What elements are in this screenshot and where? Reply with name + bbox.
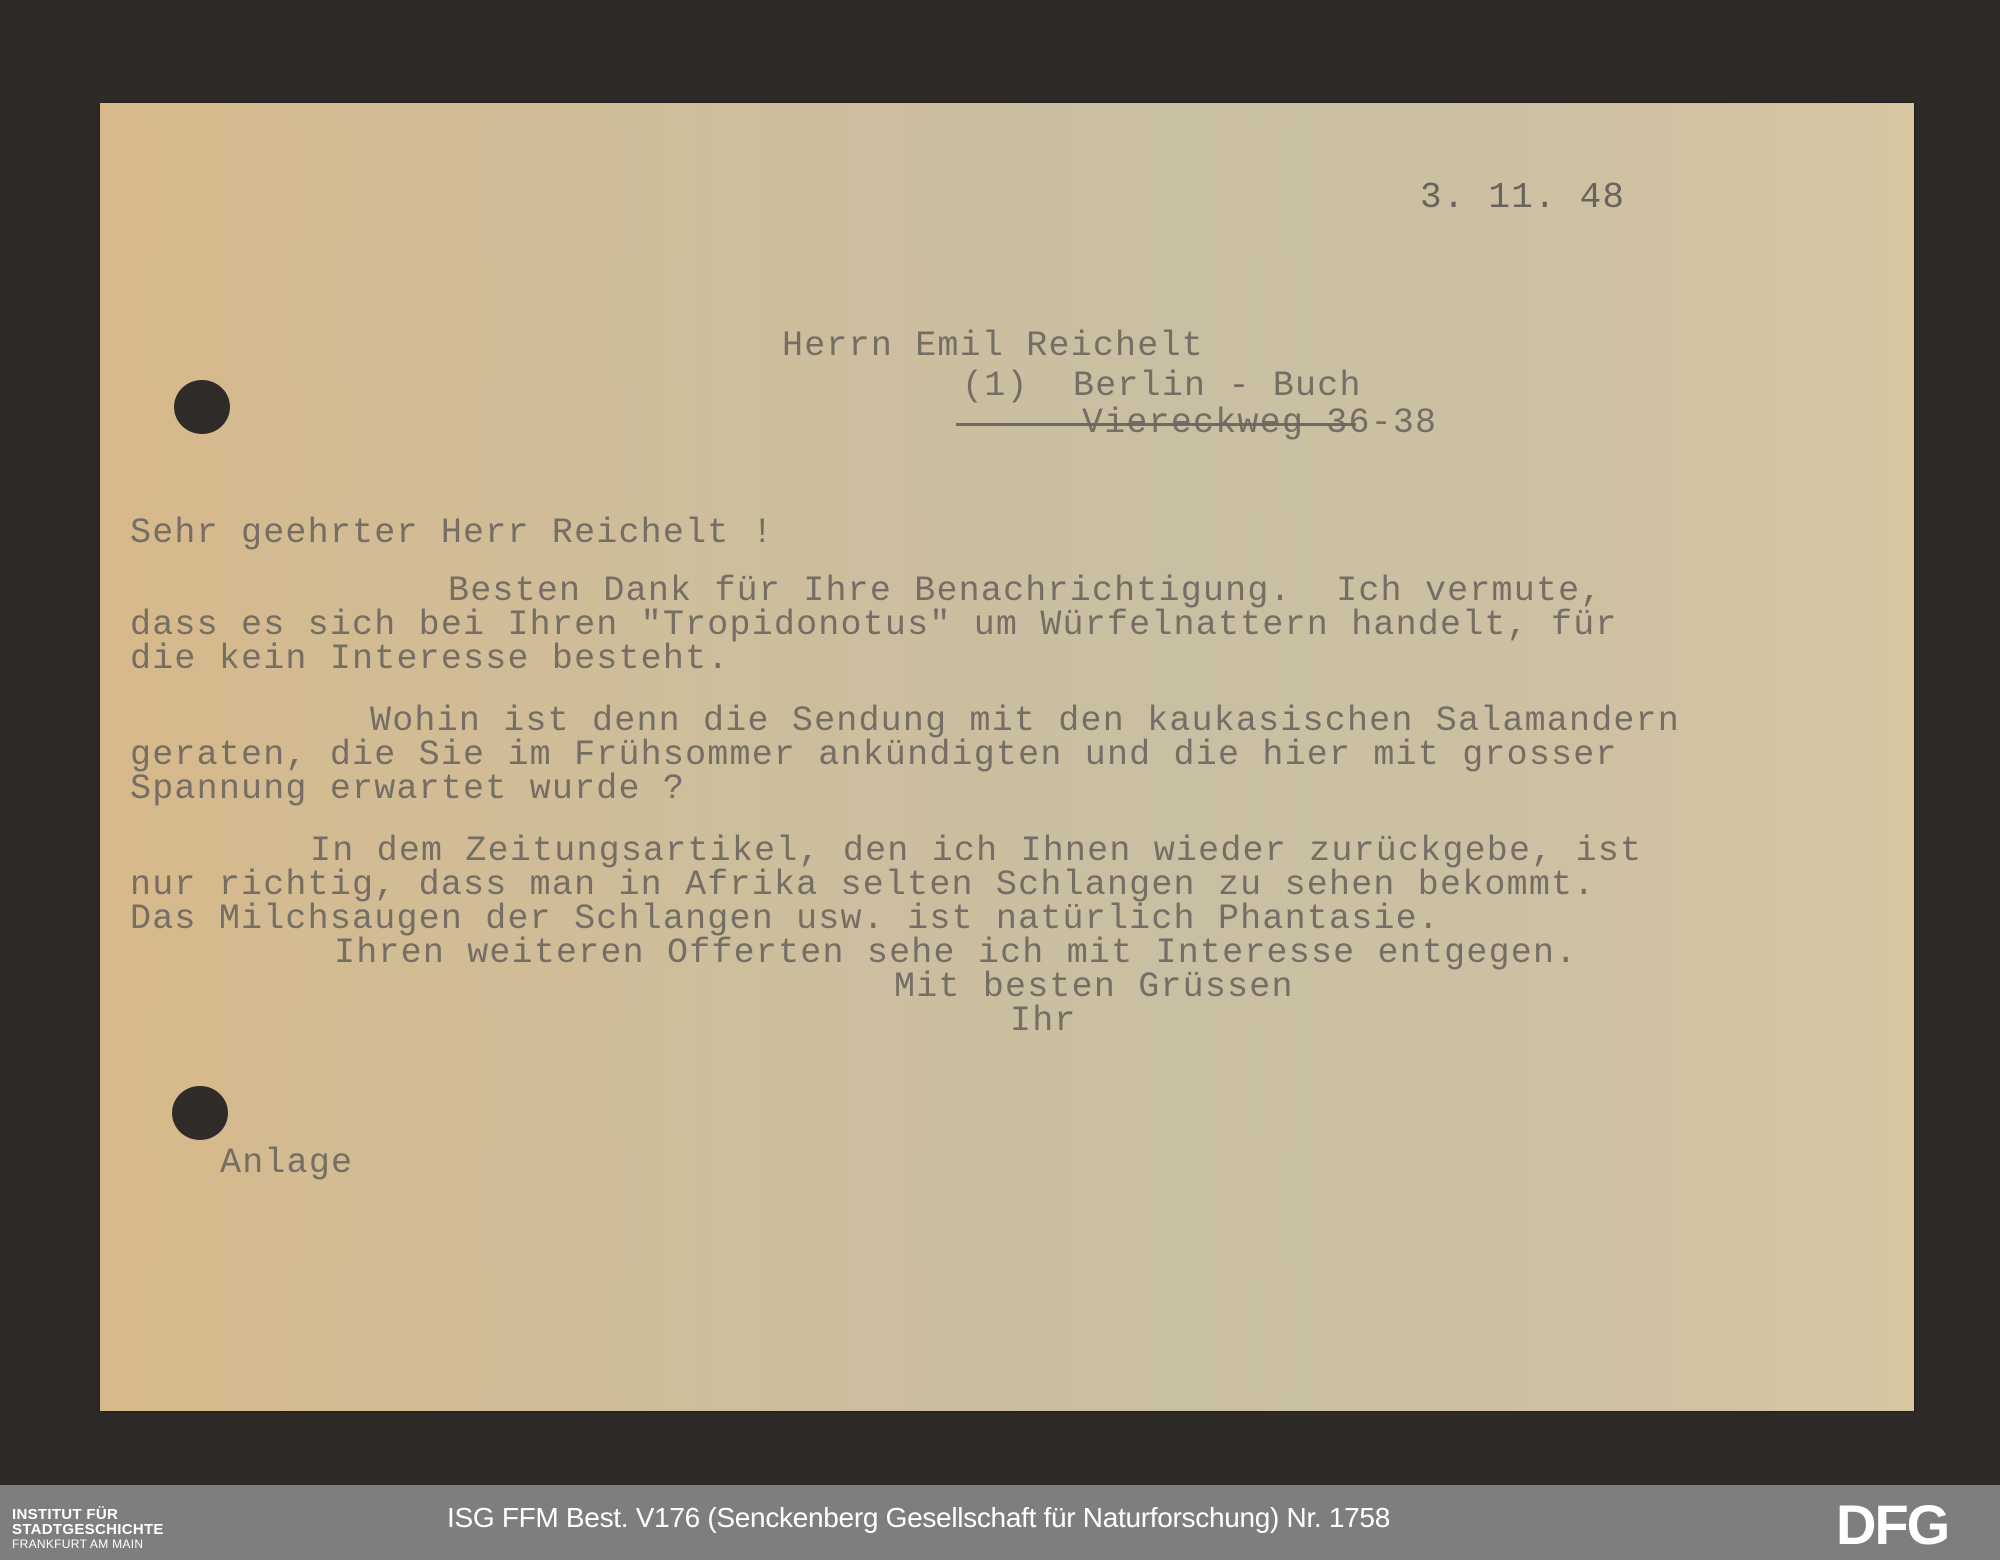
punch-hole-bottom (172, 1086, 228, 1140)
recipient-city: (1) Berlin - Buch (962, 368, 1362, 404)
letter-date: 3. 11. 48 (1420, 180, 1625, 216)
institute-line-1: INSTITUT FÜR (12, 1507, 164, 1522)
recipient-name: Herrn Emil Reichelt (782, 328, 1204, 364)
paragraph-2-line-1: Wohin ist denn die Sendung mit den kauka… (370, 703, 1680, 739)
archive-footer: INSTITUT FÜR STADTGESCHICHTE FRANKFURT A… (0, 1485, 2000, 1560)
salutation: Sehr geehrter Herr Reichelt ! (130, 515, 774, 551)
dfg-logo: DFG (1836, 1497, 1948, 1553)
enclosure-note: Anlage (220, 1145, 353, 1181)
recipient-street: Viereckweg 36-38 (1082, 405, 1437, 441)
paragraph-2-line-3: Spannung erwartet wurde ? (130, 771, 685, 807)
punch-hole-top (174, 380, 230, 434)
institute-line-2: STADTGESCHICHTE (12, 1522, 164, 1537)
institute-line-3: FRANKFURT AM MAIN (12, 1537, 164, 1552)
paragraph-3-line-4: Ihren weiteren Offerten sehe ich mit Int… (334, 935, 1577, 971)
closing-signature: Ihr (1010, 1003, 1077, 1039)
paragraph-2-line-2: geraten, die Sie im Frühsommer ankündigt… (130, 737, 1618, 773)
paragraph-3-line-3: Das Milchsaugen der Schlangen usw. ist n… (130, 901, 1440, 937)
closing-greeting: Mit besten Grüssen (894, 969, 1294, 1005)
paragraph-1-line-1: Besten Dank für Ihre Benachrichtigung. I… (448, 573, 1603, 609)
archive-caption: ISG FFM Best. V176 (Senckenberg Gesellsc… (447, 1502, 1390, 1534)
institute-logo: INSTITUT FÜR STADTGESCHICHTE FRANKFURT A… (12, 1507, 164, 1552)
paragraph-1-line-3: die kein Interesse besteht. (130, 641, 730, 677)
paragraph-3-line-2: nur richtig, dass man in Afrika selten S… (130, 867, 1595, 903)
paragraph-3-line-1: In dem Zeitungsartikel, den ich Ihnen wi… (310, 833, 1642, 869)
paragraph-1-line-2: dass es sich bei Ihren "Tropidonotus" um… (130, 607, 1618, 643)
